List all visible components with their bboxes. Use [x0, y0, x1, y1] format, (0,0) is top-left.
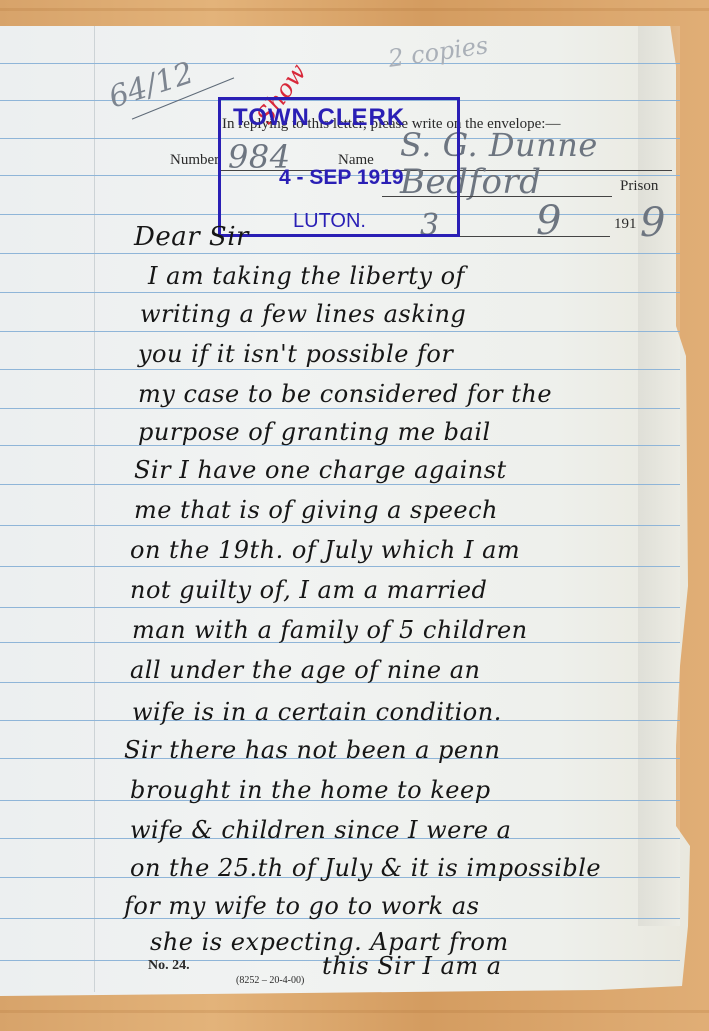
- body-line: for my wife to go to work as: [124, 892, 479, 920]
- body-line: on the 25.th of July & it is impossible: [130, 854, 601, 882]
- ruled-line: [0, 253, 680, 254]
- date-year-hand: 9: [640, 200, 666, 246]
- body-line: not guilty of, I am a married: [130, 576, 487, 604]
- prison-label: Prison: [620, 178, 658, 195]
- body-line: all under the age of nine an: [130, 656, 480, 684]
- ruled-line: [0, 292, 680, 293]
- body-line: purpose of granting me bail: [138, 418, 491, 446]
- town-clerk-stamp: TOWN CLERK 4 - SEP 1919 LUTON.: [218, 97, 460, 237]
- date-year-printed: 191: [614, 216, 637, 233]
- body-line: my case to be considered for the: [138, 380, 552, 408]
- stamp-place: LUTON.: [293, 210, 366, 233]
- body-line: man with a family of 5 children: [132, 616, 528, 644]
- body-line: wife is in a certain condition.: [132, 698, 502, 726]
- paper-fold: [638, 26, 680, 926]
- body-line: I am taking the liberty of: [148, 262, 465, 290]
- stamp-title: TOWN CLERK: [233, 104, 405, 132]
- ruled-line: [0, 331, 680, 332]
- salutation: Dear Sir: [134, 222, 249, 252]
- body-line: Sir there has not been a penn: [124, 736, 501, 764]
- stamp-date: 4 - SEP 1919: [279, 166, 404, 190]
- ruled-line: [0, 369, 680, 370]
- body-line: this Sir I am a: [322, 952, 502, 980]
- print-code: (8252 – 20-4-00): [236, 975, 304, 986]
- body-line: on the 19th. of July which I am: [130, 536, 520, 564]
- ruled-line: [0, 525, 680, 526]
- ruled-line: [0, 607, 680, 608]
- body-line: writing a few lines asking: [140, 300, 466, 328]
- body-line: wife & children since I were a: [130, 816, 512, 844]
- body-line: Sir I have one charge against: [134, 456, 507, 484]
- margin-line: [94, 26, 95, 992]
- body-line: brought in the home to keep: [130, 776, 491, 804]
- body-line: you if it isn't possible for: [138, 340, 453, 368]
- form-number: No. 24.: [148, 958, 190, 974]
- number-label: Number: [170, 152, 219, 169]
- wood-grain: [0, 8, 709, 11]
- ruled-line: [0, 408, 680, 409]
- body-line: me that is of giving a speech: [134, 496, 498, 524]
- ruled-line: [0, 566, 680, 567]
- ruled-line: [0, 63, 680, 64]
- wood-grain: [0, 1010, 709, 1013]
- ruled-line: [0, 484, 680, 485]
- date-month: 9: [536, 198, 562, 244]
